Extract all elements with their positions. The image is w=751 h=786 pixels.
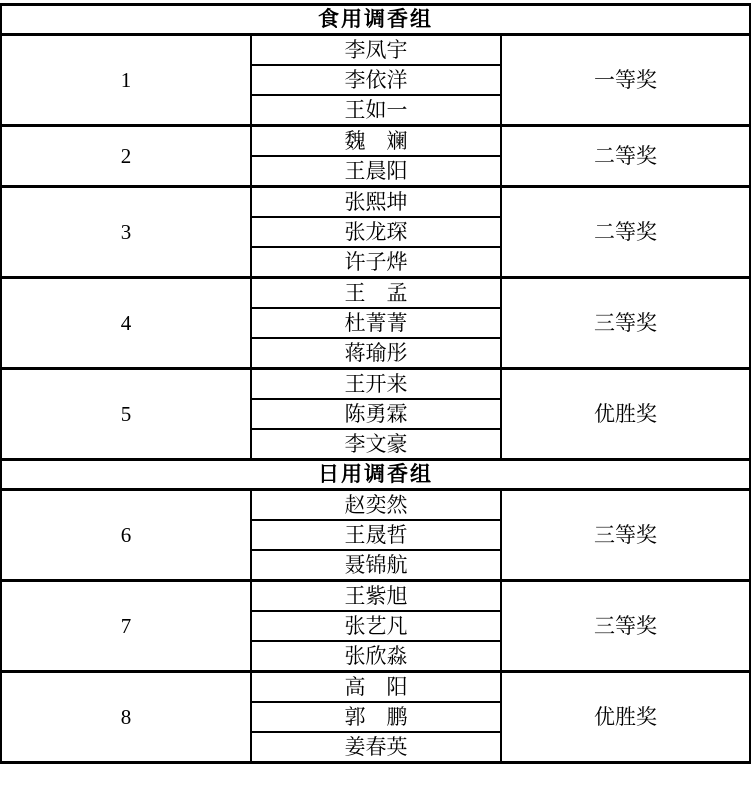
award-table: 食用调香组 1 李凤宇 一等奖 李依洋 王如一 2 魏 斓 二等奖 王晨阳 [0, 3, 751, 764]
group-number: 3 [1, 187, 251, 278]
award-name: 二等奖 [501, 126, 750, 187]
award-name: 三等奖 [501, 278, 750, 369]
document-page: 食用调香组 1 李凤宇 一等奖 李依洋 王如一 2 魏 斓 二等奖 王晨阳 [0, 0, 751, 786]
member-name: 张欣淼 [251, 641, 501, 672]
group-number: 8 [1, 672, 251, 763]
group-number: 5 [1, 369, 251, 460]
award-name: 三等奖 [501, 490, 750, 581]
member-name: 李文豪 [251, 429, 501, 460]
member-name: 赵奕然 [251, 490, 501, 521]
group-row: 1 李凤宇 一等奖 [1, 35, 750, 66]
group-number: 7 [1, 581, 251, 672]
member-name: 姜春英 [251, 732, 501, 763]
member-name: 张龙琛 [251, 217, 501, 247]
section-header-daily-flavor-group: 日用调香组 [1, 460, 750, 490]
member-name: 王开来 [251, 369, 501, 400]
group-number: 4 [1, 278, 251, 369]
member-name: 王 孟 [251, 278, 501, 309]
group-number: 2 [1, 126, 251, 187]
section-header-row: 食用调香组 [1, 5, 750, 35]
member-name: 蒋瑜彤 [251, 338, 501, 369]
award-name: 一等奖 [501, 35, 750, 126]
member-name: 杜菁菁 [251, 308, 501, 338]
award-name: 优胜奖 [501, 369, 750, 460]
group-row: 8 高 阳 优胜奖 [1, 672, 750, 703]
group-row: 2 魏 斓 二等奖 [1, 126, 750, 157]
group-number: 1 [1, 35, 251, 126]
member-name: 许子烨 [251, 247, 501, 278]
member-name: 李依洋 [251, 65, 501, 95]
member-name: 聂锦航 [251, 550, 501, 581]
group-row: 7 王紫旭 三等奖 [1, 581, 750, 612]
member-name: 魏 斓 [251, 126, 501, 157]
group-number: 6 [1, 490, 251, 581]
award-name: 优胜奖 [501, 672, 750, 763]
group-row: 3 张熙坤 二等奖 [1, 187, 750, 218]
member-name: 王紫旭 [251, 581, 501, 612]
group-row: 6 赵奕然 三等奖 [1, 490, 750, 521]
member-name: 陈勇霖 [251, 399, 501, 429]
group-row: 5 王开来 优胜奖 [1, 369, 750, 400]
member-name: 高 阳 [251, 672, 501, 703]
group-row: 4 王 孟 三等奖 [1, 278, 750, 309]
award-name: 二等奖 [501, 187, 750, 278]
member-name: 张艺凡 [251, 611, 501, 641]
member-name: 王晨阳 [251, 156, 501, 187]
section-header-row: 日用调香组 [1, 460, 750, 490]
member-name: 王晟哲 [251, 520, 501, 550]
section-header-edible-flavor-group: 食用调香组 [1, 5, 750, 35]
member-name: 张熙坤 [251, 187, 501, 218]
member-name: 郭 鹏 [251, 702, 501, 732]
member-name: 李凤宇 [251, 35, 501, 66]
award-name: 三等奖 [501, 581, 750, 672]
member-name: 王如一 [251, 95, 501, 126]
